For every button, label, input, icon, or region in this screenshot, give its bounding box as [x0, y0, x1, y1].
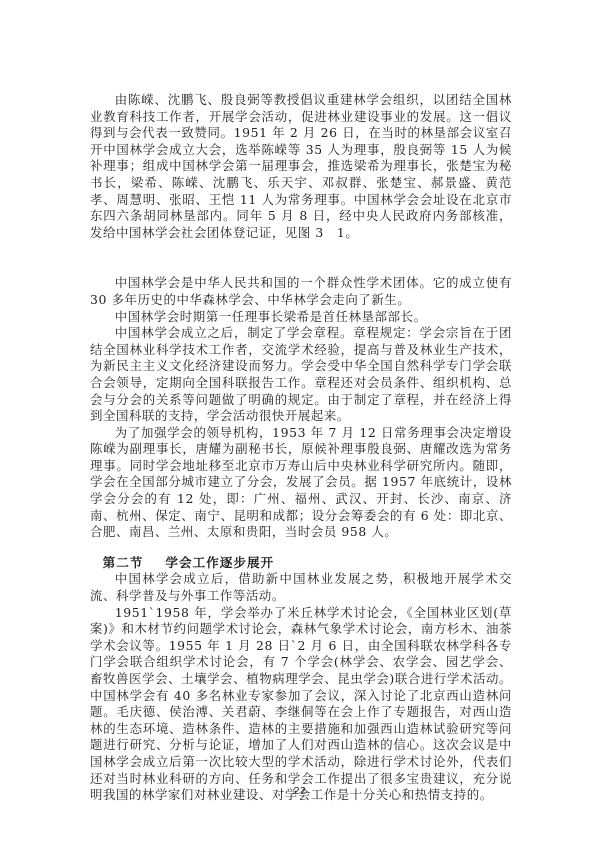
- page-number: 22: [0, 786, 600, 797]
- paragraph-founding: 由陈嵘、沈鹏飞、殷良弼等教授倡议重建林学会组织，以团结全国林业教育科技工作者，开…: [90, 92, 512, 241]
- paragraph-nature: 中国林学会是中华人民共和国的一个群众性学术团体。它的成立使有 30 多年历史的中…: [90, 275, 512, 308]
- section-title: 学会工作逐步展开: [165, 555, 274, 570]
- paragraph-charter: 中国林学会成立之后，制定了学会章程。章程规定：学会宗旨在于团结全国林业科学技术工…: [90, 325, 512, 425]
- document-page: 由陈嵘、沈鹏飞、殷良弼等教授倡议重建林学会组织，以团结全国林业教育科技工作者，开…: [90, 92, 512, 804]
- figure-gap: [90, 241, 512, 275]
- paragraph-activities-intro: 中国林学会成立后，借助新中国林业发展之势，积极地开展学术交流、科学普及与外事工作…: [90, 571, 512, 604]
- section-gap: [90, 541, 512, 555]
- paragraph-first-chairman: 中国林学会时期第一任理事长梁希是首任林垦部部长。: [90, 309, 512, 326]
- paragraph-academic-meetings: 1951`1958 年，学会举办了米丘林学术讨论会，《全国林业区划(草案)》和木…: [90, 605, 512, 804]
- paragraph-branches: 为了加强学会的领导机构，1953 年 7 月 12 日常务理事会决定增设陈嵘为副…: [90, 425, 512, 541]
- section-heading: 第二节学会工作逐步展开: [90, 555, 512, 572]
- section-number: 第二节: [103, 555, 144, 570]
